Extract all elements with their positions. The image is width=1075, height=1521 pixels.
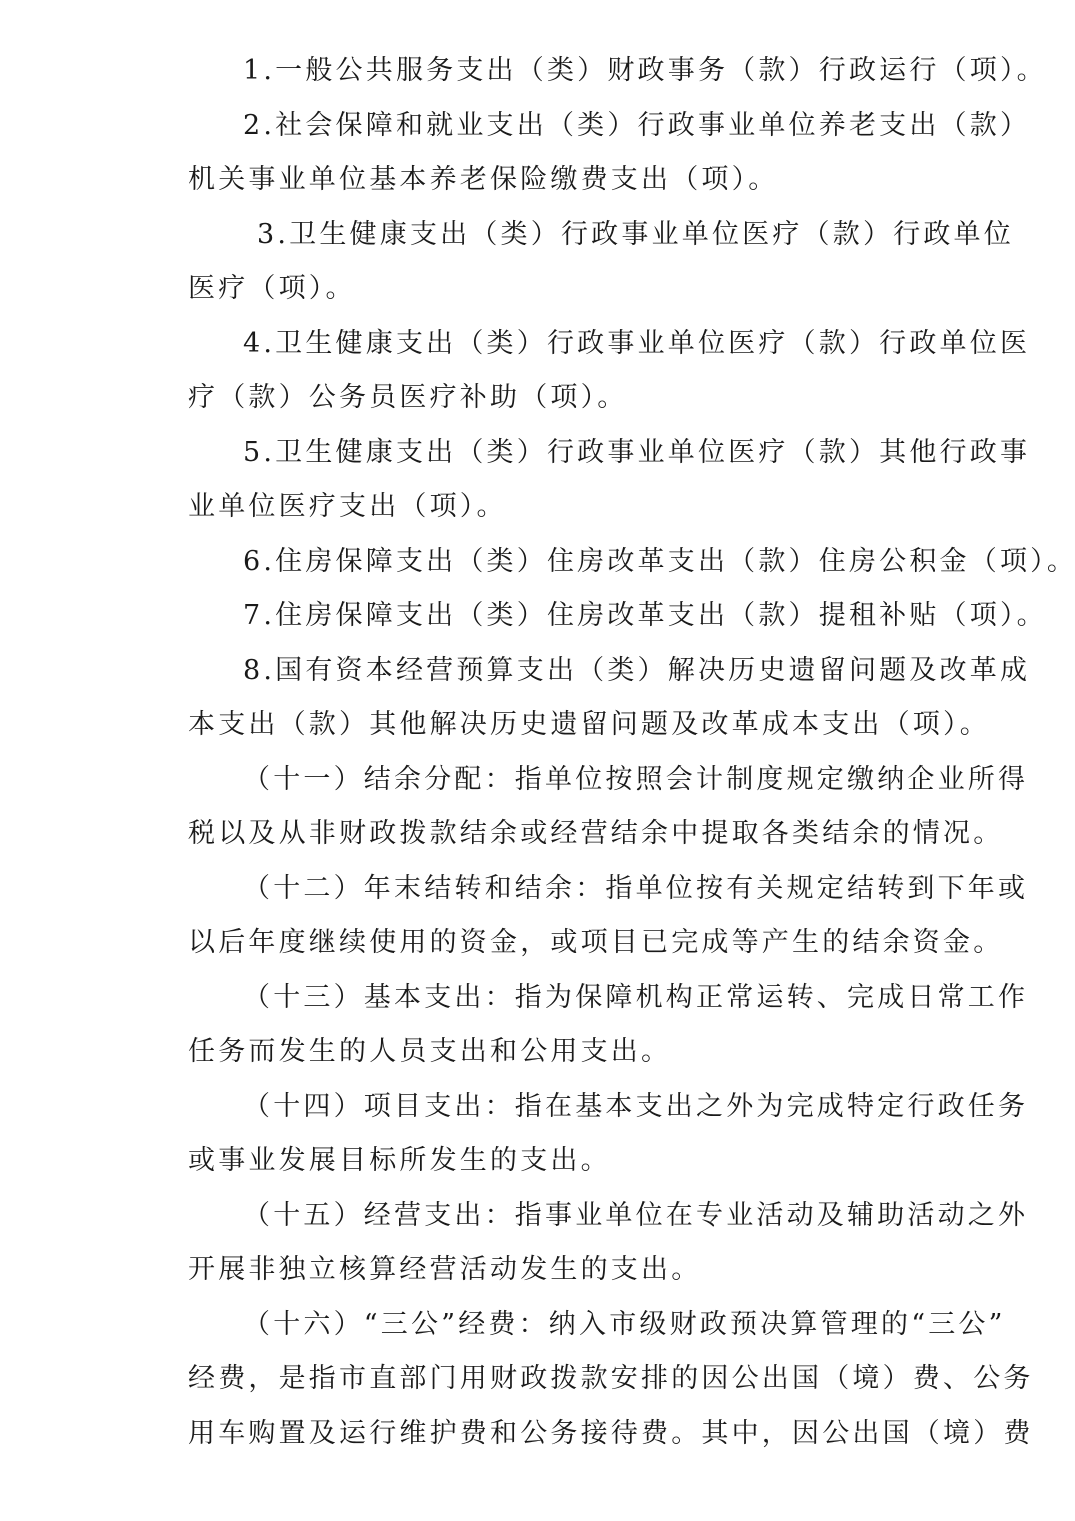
text-line: 本支出（款）其他解决历史遗留问题及改革成本支出（项）。 bbox=[133, 698, 937, 753]
text-line: 用车购置及运行维护费和公务接待费。其中，因公出国（境）费 bbox=[133, 1407, 937, 1462]
text-line: 任务而发生的人员支出和公用支出。 bbox=[133, 1025, 937, 1080]
text-line: 2.社会保障和就业支出（类）行政事业单位养老支出（款） bbox=[133, 99, 937, 154]
paragraph-section-11: （十一）结余分配：指单位按照会计制度规定缴纳企业所得 税以及从非财政拨款结余或经… bbox=[133, 753, 937, 862]
paragraph-section-12: （十二）年末结转和结余：指单位按有关规定结转到下年或 以后年度继续使用的资金，或… bbox=[133, 862, 937, 971]
paragraph-item-3: 3.卫生健康支出（类）行政事业单位医疗（款）行政单位 医疗（项）。 bbox=[133, 208, 937, 317]
text-line: （十一）结余分配：指单位按照会计制度规定缴纳企业所得 bbox=[133, 753, 937, 808]
paragraph-item-4: 4.卫生健康支出（类）行政事业单位医疗（款）行政单位医 疗（款）公务员医疗补助（… bbox=[133, 317, 937, 426]
paragraph-section-13: （十三）基本支出：指为保障机构正常运转、完成日常工作 任务而发生的人员支出和公用… bbox=[133, 971, 937, 1080]
text-line: 机关事业单位基本养老保险缴费支出（项）。 bbox=[133, 153, 937, 208]
paragraph-item-8: 8.国有资本经营预算支出（类）解决历史遗留问题及改革成 本支出（款）其他解决历史… bbox=[133, 644, 937, 753]
text-line: （十六）“三公”经费：纳入市级财政预决算管理的“三公” bbox=[133, 1298, 937, 1353]
text-line: 5.卫生健康支出（类）行政事业单位医疗（款）其他行政事 bbox=[133, 426, 937, 481]
text-line: 或事业发展目标所发生的支出。 bbox=[133, 1134, 937, 1189]
text-line: 以后年度继续使用的资金，或项目已完成等产生的结余资金。 bbox=[133, 916, 937, 971]
text-line: （十五）经营支出：指事业单位在专业活动及辅助活动之外 bbox=[133, 1189, 937, 1244]
paragraph-item-2: 2.社会保障和就业支出（类）行政事业单位养老支出（款） 机关事业单位基本养老保险… bbox=[133, 99, 937, 208]
paragraph-section-14: （十四）项目支出：指在基本支出之外为完成特定行政任务 或事业发展目标所发生的支出… bbox=[133, 1080, 937, 1189]
text-line: （十三）基本支出：指为保障机构正常运转、完成日常工作 bbox=[133, 971, 937, 1026]
document-page: 1.一般公共服务支出（类）财政事务（款）行政运行（项）。 2.社会保障和就业支出… bbox=[133, 44, 937, 1461]
text-line: 4.卫生健康支出（类）行政事业单位医疗（款）行政单位医 bbox=[133, 317, 937, 372]
paragraph-item-7: 7.住房保障支出（类）住房改革支出（款）提租补贴（项）。 bbox=[133, 589, 937, 644]
paragraph-item-6: 6.住房保障支出（类）住房改革支出（款）住房公积金（项）。 bbox=[133, 535, 937, 590]
paragraph-item-1: 1.一般公共服务支出（类）财政事务（款）行政运行（项）。 bbox=[133, 44, 937, 99]
text-line: 1.一般公共服务支出（类）财政事务（款）行政运行（项）。 bbox=[133, 44, 937, 99]
paragraph-section-15: （十五）经营支出：指事业单位在专业活动及辅助活动之外 开展非独立核算经营活动发生… bbox=[133, 1189, 937, 1298]
text-line: 3.卫生健康支出（类）行政事业单位医疗（款）行政单位 bbox=[133, 208, 937, 263]
text-line: 业单位医疗支出（项）。 bbox=[133, 480, 937, 535]
text-line: 开展非独立核算经营活动发生的支出。 bbox=[133, 1243, 937, 1298]
paragraph-section-16: （十六）“三公”经费：纳入市级财政预决算管理的“三公” 经费，是指市直部门用财政… bbox=[133, 1298, 937, 1462]
text-line: （十四）项目支出：指在基本支出之外为完成特定行政任务 bbox=[133, 1080, 937, 1135]
text-line: 税以及从非财政拨款结余或经营结余中提取各类结余的情况。 bbox=[133, 807, 937, 862]
text-line: （十二）年末结转和结余：指单位按有关规定结转到下年或 bbox=[133, 862, 937, 917]
text-line: 7.住房保障支出（类）住房改革支出（款）提租补贴（项）。 bbox=[133, 589, 937, 644]
text-line: 医疗（项）。 bbox=[133, 262, 937, 317]
text-line: 8.国有资本经营预算支出（类）解决历史遗留问题及改革成 bbox=[133, 644, 937, 699]
text-line: 6.住房保障支出（类）住房改革支出（款）住房公积金（项）。 bbox=[133, 535, 937, 590]
text-line: 疗（款）公务员医疗补助（项）。 bbox=[133, 371, 937, 426]
text-line: 经费，是指市直部门用财政拨款安排的因公出国（境）费、公务 bbox=[133, 1352, 937, 1407]
paragraph-item-5: 5.卫生健康支出（类）行政事业单位医疗（款）其他行政事 业单位医疗支出（项）。 bbox=[133, 426, 937, 535]
